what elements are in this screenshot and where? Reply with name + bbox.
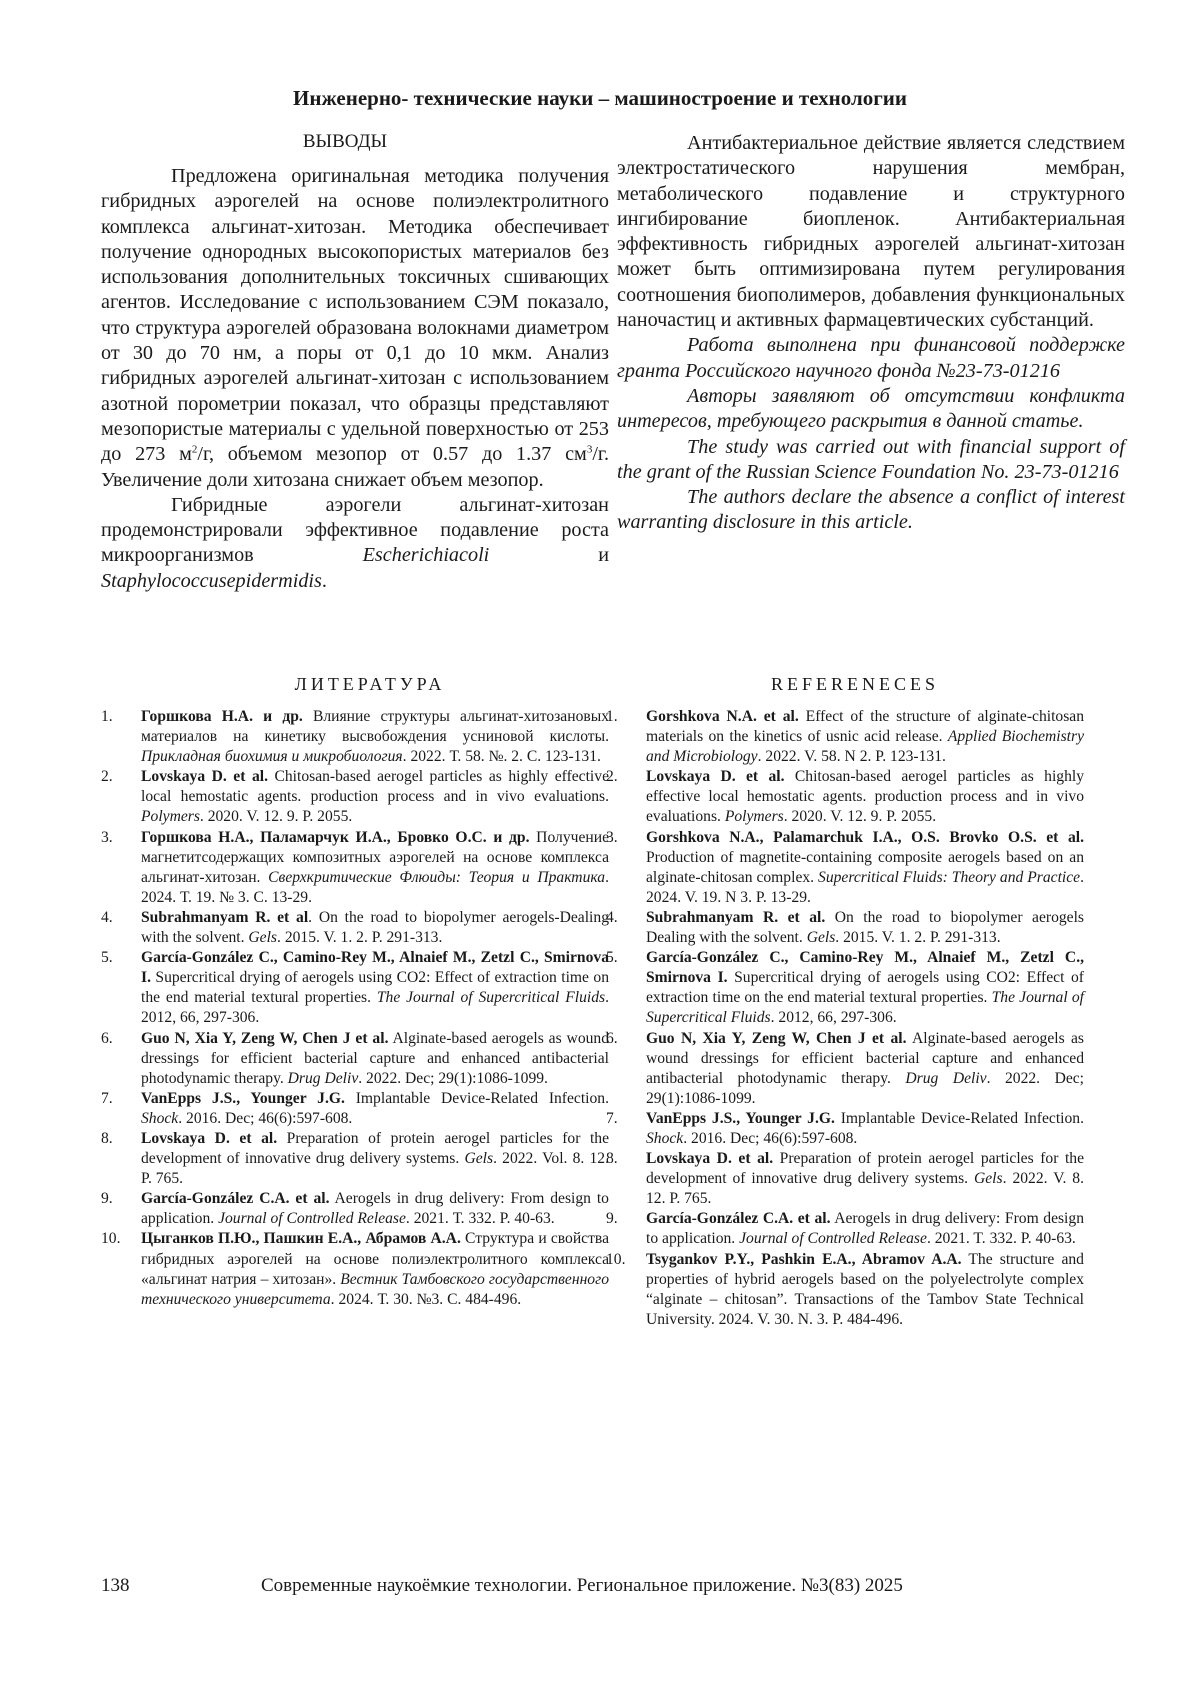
conflict-ru: Авторы заявляют об отсутствии конфликта …	[617, 384, 1125, 435]
running-header: Инженерно- технические науки – машиностр…	[0, 86, 1200, 111]
ref-number: 9.	[101, 1189, 113, 1209]
funding-en: The study was carried out with financial…	[617, 435, 1125, 486]
ref-journal: Shock	[141, 1110, 178, 1127]
ref-title: Implantable Device-Related Infection.	[345, 1090, 609, 1107]
literature-list: 1.Горшкова Н.А. и др. Влияние структуры …	[101, 707, 609, 1310]
ref-authors: Guo N, Xia Y, Zeng W, Chen J et al.	[646, 1030, 906, 1047]
p2-end: .	[322, 570, 327, 592]
ref-details: . 2015. V. 1. 2. P. 291-313.	[277, 929, 442, 946]
ref-authors: Lovskaya D. et al.	[646, 1150, 773, 1167]
conjunction: и	[489, 544, 609, 566]
ref-authors: Gorshkova N.A. et al.	[646, 708, 799, 725]
reference-item: 4.Subrahmanyam R. et al. On the road to …	[606, 908, 1084, 948]
references-section: REFERENECES 1.Gorshkova N.A. et al. Effe…	[606, 674, 1084, 1330]
conflict-en: The authors declare the absence a confli…	[617, 485, 1125, 536]
page-number: 138	[101, 1575, 130, 1597]
ref-journal: Polymers	[141, 808, 200, 825]
ref-details: . 2022. Dec; 29(1):1086-1099.	[358, 1070, 548, 1087]
ref-number: 6.	[101, 1029, 113, 1049]
journal-name: Современные наукоёмкие технологии. Регио…	[261, 1575, 903, 1597]
ref-journal: Journal of Controlled Release	[739, 1230, 927, 1247]
ref-number: 4.	[101, 908, 113, 928]
ref-authors: VanEpps J.S., Younger J.G.	[141, 1090, 345, 1107]
reference-item: 6.Guo N, Xia Y, Zeng W, Chen J et al. Al…	[606, 1029, 1084, 1109]
reference-item: 7.VanEpps J.S., Younger J.G. Implantable…	[101, 1089, 609, 1129]
p1-text: Предложена оригинальная методика получен…	[101, 165, 609, 465]
reference-item: 8.Lovskaya D. et al. Preparation of prot…	[606, 1149, 1084, 1209]
ref-number: 7.	[606, 1109, 618, 1129]
conclusions-paragraph-2: Гибридные аэрогели альгинат-хитозан прод…	[101, 493, 609, 594]
reference-item: 9.García-González C.A. et al. Aerogels i…	[606, 1209, 1084, 1249]
conclusions-continued: Антибактериальное действие является след…	[617, 131, 1125, 536]
ref-journal: Gels	[974, 1170, 1003, 1187]
ref-number: 8.	[606, 1149, 618, 1169]
ref-details: . 2024. Т. 30. №3. С. 484-496.	[331, 1291, 521, 1308]
ref-number: 6.	[606, 1029, 618, 1049]
literature-section: ЛИТЕРАТУРА 1.Горшкова Н.А. и др. Влияние…	[101, 674, 609, 1310]
ref-details: . 2021. T. 332. P. 40-63.	[927, 1230, 1076, 1247]
reference-item: 1.Gorshkova N.A. et al. Effect of the st…	[606, 707, 1084, 767]
ref-details: . 2016. Dec; 46(6):597-608.	[178, 1110, 352, 1127]
ref-title: Implantable Device-Related Infection.	[835, 1110, 1084, 1127]
ref-authors: Горшкова Н.А., Паламарчук И.А., Бровко О…	[141, 829, 529, 846]
species-name: Staphylococcusepidermidis	[101, 570, 322, 592]
literature-title: ЛИТЕРАТУРА	[131, 674, 609, 695]
reference-item: 9.García-González C.A. et al. Aerogels i…	[101, 1189, 609, 1229]
ref-authors: Lovskaya D. et al.	[141, 768, 268, 785]
ref-number: 3.	[606, 828, 618, 848]
conclusions-title: ВЫВОДЫ	[81, 131, 609, 153]
ref-number: 9.	[606, 1209, 618, 1229]
reference-item: 3.Gorshkova N.A., Palamarchuk I.A., O.S.…	[606, 828, 1084, 908]
ref-journal: Journal of Controlled Release	[218, 1210, 406, 1227]
ref-authors: Цыганков П.Ю., Пашкин Е.А., Абрамов А.А.	[141, 1230, 461, 1247]
ref-authors: Subrahmanyam R. et al	[141, 909, 308, 926]
reference-item: 7.VanEpps J.S., Younger J.G. Implantable…	[606, 1109, 1084, 1149]
ref-journal: Gels	[807, 929, 836, 946]
ref-journal: Shock	[646, 1130, 683, 1147]
ref-number: 10.	[101, 1229, 121, 1249]
conclusions-paragraph-3: Антибактериальное действие является след…	[617, 131, 1125, 333]
ref-details: . 2016. Dec; 46(6):597-608.	[683, 1130, 857, 1147]
references-title: REFERENECES	[626, 674, 1084, 695]
reference-item: 5.García-González C., Camino-Rey M., Aln…	[606, 948, 1084, 1028]
reference-item: 4.Subrahmanyam R. et al. On the road to …	[101, 908, 609, 948]
reference-item: 2.Lovskaya D. et al. Chitosan-based aero…	[101, 767, 609, 827]
ref-journal: Gels	[464, 1150, 493, 1167]
reference-item: 3.Горшкова Н.А., Паламарчук И.А., Бровко…	[101, 828, 609, 908]
ref-number: 4.	[606, 908, 618, 928]
ref-details: . 2022. V. 58. N 2. P. 123-131.	[758, 748, 946, 765]
ref-details: . 2012, 66, 297-306.	[771, 1009, 897, 1026]
ref-authors: García-González C.A. et al.	[646, 1210, 830, 1227]
ref-authors: Горшкова Н.А. и др.	[141, 708, 303, 725]
ref-journal: Gels	[248, 929, 277, 946]
reference-item: 10.Tsygankov P.Y., Pashkin E.A., Abramov…	[606, 1250, 1084, 1330]
references-list: 1.Gorshkova N.A. et al. Effect of the st…	[606, 707, 1084, 1330]
conclusions-body: Предложена оригинальная методика получен…	[101, 164, 609, 594]
ref-authors: Lovskaya D. et al.	[141, 1130, 277, 1147]
conclusions-continued-body: Антибактериальное действие является след…	[617, 131, 1125, 536]
conclusions-paragraph-1: Предложена оригинальная методика получен…	[101, 164, 609, 493]
ref-journal: Supercritical Fluids: Theory and Practic…	[818, 869, 1080, 886]
ref-journal: Drug Deliv	[905, 1070, 986, 1087]
conclusions-section: ВЫВОДЫ Предложена оригинальная методика …	[101, 131, 609, 594]
reference-item: 6.Guo N, Xia Y, Zeng W, Chen J et al. Al…	[101, 1029, 609, 1089]
funding-ru: Работа выполнена при финансовой поддержк…	[617, 333, 1125, 384]
ref-details: . 2021. Т. 332. P. 40-63.	[406, 1210, 555, 1227]
ref-number: 1.	[101, 707, 113, 727]
ref-number: 8.	[101, 1129, 113, 1149]
ref-authors: Subrahmanyam R. et al.	[646, 909, 825, 926]
p1-mid-text: /г, объемом мезопор от 0.57 до 1.37 см	[197, 443, 586, 465]
ref-authors: VanEpps J.S., Younger J.G.	[646, 1110, 835, 1127]
ref-number: 1.	[606, 707, 618, 727]
ref-number: 10.	[606, 1250, 626, 1270]
ref-details: . 2020. V. 12. 9. P. 2055.	[784, 808, 936, 825]
ref-journal: Прикладная биохимия и микробиология	[141, 748, 403, 765]
ref-number: 2.	[606, 767, 618, 787]
ref-authors: Guo N, Xia Y, Zeng W, Chen J et al.	[141, 1030, 388, 1047]
reference-item: 10.Цыганков П.Ю., Пашкин Е.А., Абрамов А…	[101, 1229, 609, 1309]
reference-item: 8.Lovskaya D. et al. Preparation of prot…	[101, 1129, 609, 1189]
ref-number: 7.	[101, 1089, 113, 1109]
ref-details: . 2015. V. 1. 2. P. 291-313.	[835, 929, 1000, 946]
reference-item: 1.Горшкова Н.А. и др. Влияние структуры …	[101, 707, 609, 767]
ref-number: 3.	[101, 828, 113, 848]
ref-journal: Polymers	[725, 808, 784, 825]
ref-journal: Drug Deliv	[288, 1070, 359, 1087]
ref-number: 2.	[101, 767, 113, 787]
ref-details: . 2022. Т. 58. №. 2. С. 123-131.	[403, 748, 601, 765]
ref-authors: Lovskaya D. et al.	[646, 768, 785, 785]
ref-details: . 2020. V. 12. 9. P. 2055.	[200, 808, 352, 825]
ref-journal: Сверхкритические Флюиды: Теория и Практи…	[268, 869, 605, 886]
reference-item: 2.Lovskaya D. et al. Chitosan-based aero…	[606, 767, 1084, 827]
ref-number: 5.	[101, 948, 113, 968]
ref-number: 5.	[606, 948, 618, 968]
reference-item: 5.García-González C., Camino-Rey M., Aln…	[101, 948, 609, 1028]
ref-authors: García-González C.A. et al.	[141, 1190, 329, 1207]
species-name: Escherichiacoli	[363, 544, 490, 566]
ref-journal: The Journal of Supercritical Fluids	[377, 989, 605, 1006]
ref-authors: Gorshkova N.A., Palamarchuk I.A., O.S. B…	[646, 829, 1084, 846]
ref-authors: Tsygankov P.Y., Pashkin E.A., Abramov A.…	[646, 1251, 962, 1268]
